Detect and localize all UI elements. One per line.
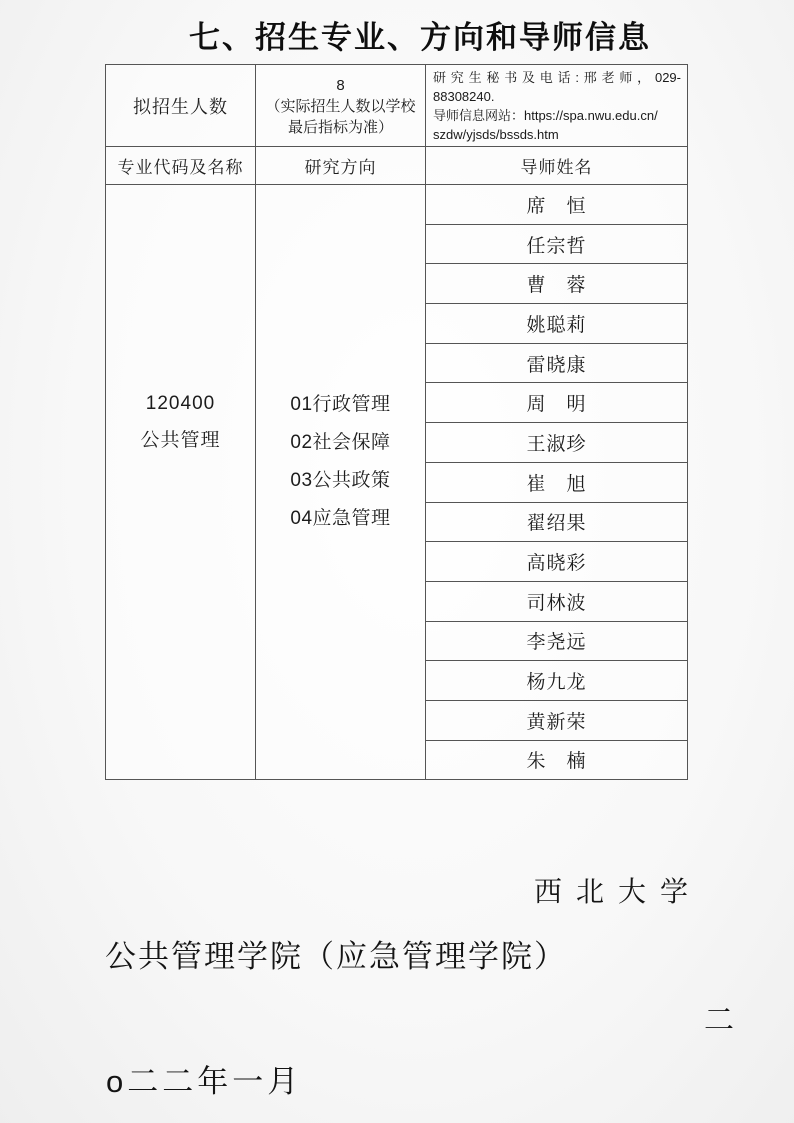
contact-line-website-path: szdw/yjsds/bssds.htm	[433, 125, 681, 144]
supervisor-name: 黄新荣	[426, 700, 688, 740]
supervisor-name: 高晓彩	[426, 542, 688, 582]
supervisor-name: 周 明	[426, 383, 688, 423]
contact-line-secretary: 研究生秘书及电话:邢老师，029-	[433, 68, 681, 87]
supervisor-name: 崔 旭	[426, 462, 688, 502]
program-code: 120400	[106, 385, 255, 422]
quota-row: 拟招生人数 8 （实际招生人数以学校 最后指标为准） 研究生秘书及电话:邢老师，…	[106, 65, 688, 147]
supervisor-name: 司林波	[426, 581, 688, 621]
direction-item: 01行政管理	[256, 386, 425, 424]
date-line: o二二年一月	[106, 1056, 302, 1101]
supervisor-name: 席 恒	[426, 185, 688, 225]
supervisor-name: 杨九龙	[426, 661, 688, 701]
header-supervisor-name: 导师姓名	[426, 147, 688, 185]
scanned-admission-document: { "page": { "title": "七、招生专业、方向和导师信息" },…	[0, 0, 794, 1123]
column-header-row: 专业代码及名称 研究方向 导师姓名	[106, 147, 688, 185]
quota-note-line1: （实际招生人数以学校	[256, 96, 425, 117]
supervisor-name: 曹 蓉	[426, 264, 688, 304]
supervisor-row: 120400 公共管理 01行政管理 02社会保障 03公共政策 04应急管理 …	[106, 185, 688, 225]
supervisor-name: 姚聪莉	[426, 304, 688, 344]
supervisor-name: 翟绍果	[426, 502, 688, 542]
quota-label: 拟招生人数	[106, 65, 256, 147]
supervisor-name: 朱 楠	[426, 740, 688, 780]
signature-university: 西北大学	[534, 870, 702, 910]
direction-item: 02社会保障	[256, 424, 425, 462]
date-wrapped-char: 二	[704, 995, 734, 1039]
supervisor-name: 李尧远	[426, 621, 688, 661]
header-program-code: 专业代码及名称	[106, 147, 256, 185]
signature-school: 公共管理学院（应急管理学院）	[105, 931, 567, 976]
quota-note-line2: 最后指标为准）	[256, 117, 425, 138]
program-code-cell: 120400 公共管理	[106, 185, 256, 780]
contact-line-phone: 88308240.	[433, 87, 681, 106]
contact-info-cell: 研究生秘书及电话:邢老师，029- 88308240. 导师信息网站：https…	[426, 65, 688, 147]
quota-value-cell: 8 （实际招生人数以学校 最后指标为准）	[256, 65, 426, 147]
header-research-direction: 研究方向	[256, 147, 426, 185]
supervisor-name: 雷晓康	[426, 343, 688, 383]
admission-info-table: 拟招生人数 8 （实际招生人数以学校 最后指标为准） 研究生秘书及电话:邢老师，…	[105, 64, 688, 780]
contact-line-website: 导师信息网站：https://spa.nwu.edu.cn/	[433, 106, 681, 125]
direction-item: 03公共政策	[256, 462, 425, 500]
page-title: 七、招生专业、方向和导师信息	[0, 12, 794, 57]
supervisor-name: 任宗哲	[426, 224, 688, 264]
research-directions-cell: 01行政管理 02社会保障 03公共政策 04应急管理	[256, 185, 426, 780]
direction-item: 04应急管理	[256, 500, 425, 538]
program-name: 公共管理	[106, 422, 255, 459]
quota-number: 8	[256, 75, 425, 96]
supervisor-name: 王淑珍	[426, 423, 688, 463]
